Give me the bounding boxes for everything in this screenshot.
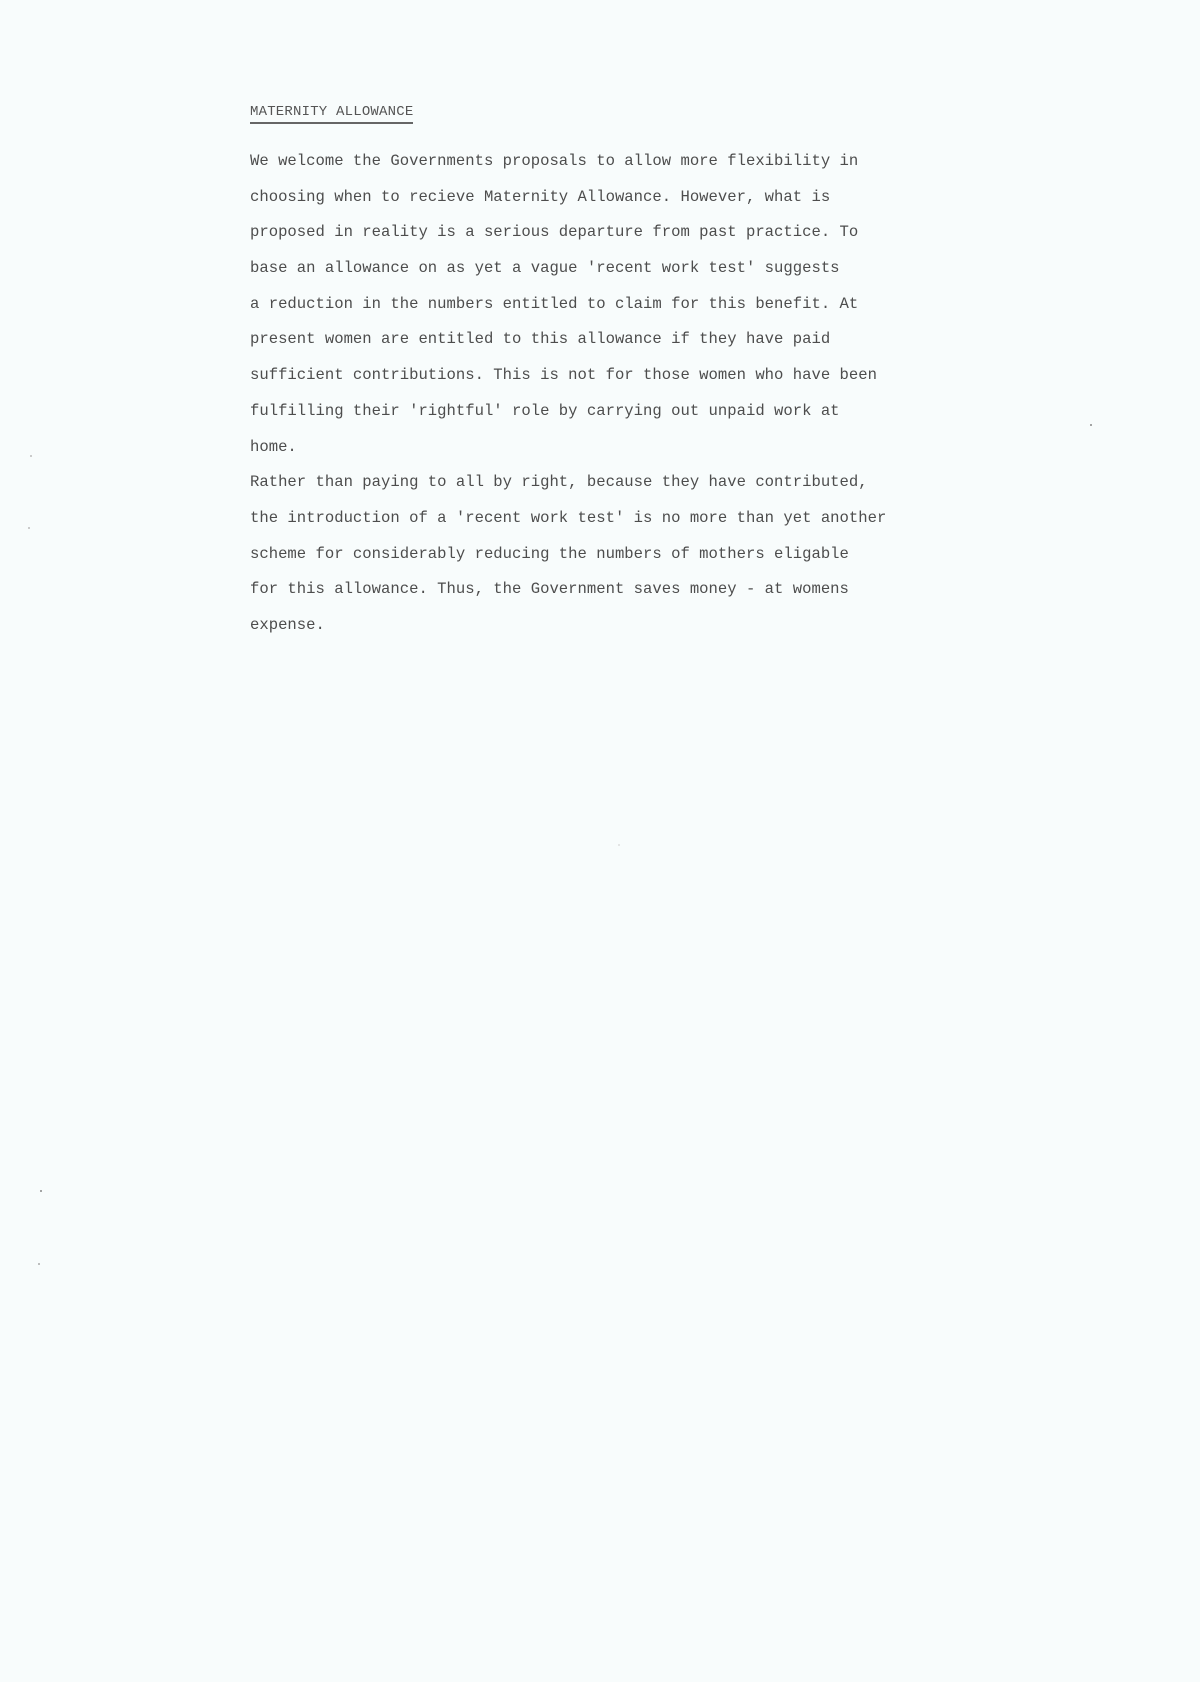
scan-speck [30,455,32,457]
document-heading: MATERNITY ALLOWANCE [250,103,413,124]
text-line: fulfilling their 'rightful' role by carr… [250,394,1100,430]
text-line: base an allowance on as yet a vague 'rec… [250,251,1100,287]
document-body: We welcome the Governments proposals to … [250,144,1100,644]
text-line: scheme for considerably reducing the num… [250,537,1100,573]
scan-speck [40,1190,42,1192]
text-line: proposed in reality is a serious departu… [250,215,1100,251]
text-line: a reduction in the numbers entitled to c… [250,287,1100,323]
text-line: home. [250,430,1100,466]
scan-speck [28,527,30,529]
paragraph-2: Rather than paying to all by right, beca… [250,465,1100,643]
document-page: MATERNITY ALLOWANCE We welcome the Gover… [0,0,1200,1682]
text-line: the introduction of a 'recent work test'… [250,501,1100,537]
scan-speck [1090,424,1092,426]
text-line: choosing when to recieve Maternity Allow… [250,180,1100,216]
text-line: present women are entitled to this allow… [250,322,1100,358]
paragraph-1: We welcome the Governments proposals to … [250,144,1100,465]
text-line: expense. [250,608,1100,644]
text-line: for this allowance. Thus, the Government… [250,572,1100,608]
scan-speck [38,1263,40,1265]
text-line: Rather than paying to all by right, beca… [250,465,1100,501]
text-line: We welcome the Governments proposals to … [250,144,1100,180]
scan-speck [618,844,620,846]
text-line: sufficient contributions. This is not fo… [250,358,1100,394]
